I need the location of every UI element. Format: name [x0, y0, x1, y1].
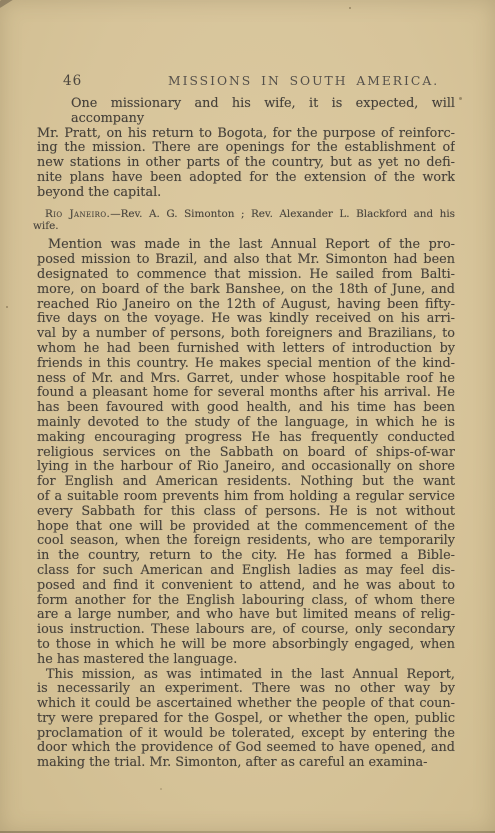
station-missionaries: —Rev. A. G. Simonton ; Rev. Alexander L.…: [110, 208, 455, 220]
text-line: hope that one will be provided at the co…: [37, 520, 455, 535]
text-line: form another for the English labouring c…: [37, 594, 455, 609]
text-line: Rio Janeiro.—Rev. A. G. Simonton ; Rev. …: [33, 208, 455, 220]
text-line: This mission, as was intimated in the la…: [37, 668, 455, 683]
text-line: friends in this country. He makes specia…: [37, 357, 455, 372]
text-line: ing the mission. There are openings for …: [37, 141, 455, 156]
text-line: found a pleasant home for several months…: [37, 386, 455, 401]
text-line: religious services on the Sabbath on boa…: [37, 446, 455, 461]
running-header: MISSIONS IN SOUTH AMERICA.: [168, 74, 394, 88]
text-line: val by a number of persons, both foreign…: [37, 327, 455, 342]
paragraph-bogota: One missionary and his wife, it is expec…: [37, 97, 455, 201]
paper-speck: [160, 788, 162, 790]
page-number: 46: [63, 73, 82, 89]
page-body: One missionary and his wife, it is expec…: [37, 97, 455, 771]
text-line: new stations in other parts of the count…: [37, 156, 455, 171]
text-line: which it could be ascertained whether th…: [37, 697, 455, 712]
text-line: making encouraging progress He has frequ…: [37, 431, 455, 446]
station-name: Rio Janeiro.: [45, 208, 110, 220]
text-line: in the country, return to the city. He h…: [37, 549, 455, 564]
text-line: making the trial. Mr. Simonton, after as…: [37, 756, 455, 771]
text-line: lying in the harbour of Rio Janeiro, and…: [37, 460, 455, 475]
text-line: more, on board of the bark Banshee, on t…: [37, 283, 455, 298]
text-line: wife.: [33, 220, 455, 232]
paragraph-simonton-arrival: Mention was made in the last Annual Repo…: [37, 238, 455, 667]
scan-corner-artifact: [0, 0, 18, 8]
text-line: posed mission to Brazil, and also that M…: [37, 253, 455, 268]
text-line: cool season, when the foreign residents,…: [37, 534, 455, 549]
text-line: class for such American and English ladi…: [37, 564, 455, 579]
paragraph-mission-experiment: This mission, as was intimated in the la…: [37, 668, 455, 772]
text-line: posed and find it convenient to attend, …: [37, 579, 455, 594]
text-line: ness of Mr. and Mrs. Garret, under whose…: [37, 372, 455, 387]
text-line: ious instruction. These labours are, of …: [37, 623, 455, 638]
text-line: try were prepared for the Gospel, or whe…: [37, 712, 455, 727]
text-line: whom he had been furnished with letters …: [37, 342, 455, 357]
paper-speck: [6, 306, 8, 308]
text-line: proclamation of it would be tolerated, e…: [37, 727, 455, 742]
text-line: are a large number, and who have but lim…: [37, 608, 455, 623]
text-line: has been favoured with good health, and …: [37, 401, 455, 416]
text-line: for English and American residents. Noth…: [37, 475, 455, 490]
text-line: of a suitable room prevents him from hol…: [37, 490, 455, 505]
book-page: 46 MISSIONS IN SOUTH AMERICA. One missio…: [0, 0, 495, 833]
text-line: is necessarily an experiment. There was …: [37, 682, 455, 697]
station-note-rio-janeiro: Rio Janeiro.—Rev. A. G. Simonton ; Rev. …: [33, 208, 455, 233]
text-line: One missionary and his wife, it is expec…: [37, 97, 455, 127]
paper-speck: [459, 97, 462, 100]
text-line: Mr. Pratt, on his return to Bogota, for …: [37, 127, 455, 142]
text-line: beyond the capital.: [37, 186, 455, 201]
text-line: five days on the voyage. He was kindly r…: [37, 312, 455, 327]
text-line: designated to commence that mission. He …: [37, 268, 455, 283]
text-line: mainly devoted to the study of the langu…: [37, 416, 455, 431]
text-line: every Sabbath for this class of persons.…: [37, 505, 455, 520]
text-line: door which the providence of God seemed …: [37, 741, 455, 756]
text-line: he has mastered the language.: [37, 653, 455, 668]
text-line: Mention was made in the last Annual Repo…: [37, 238, 455, 253]
text-line: reached Rio Janeiro on the 12th of Augus…: [37, 298, 455, 313]
text-line: to those in which he will be more absorb…: [37, 638, 455, 653]
paper-speck: [349, 7, 351, 9]
text-line: nite plans have been adopted for the ext…: [37, 171, 455, 186]
